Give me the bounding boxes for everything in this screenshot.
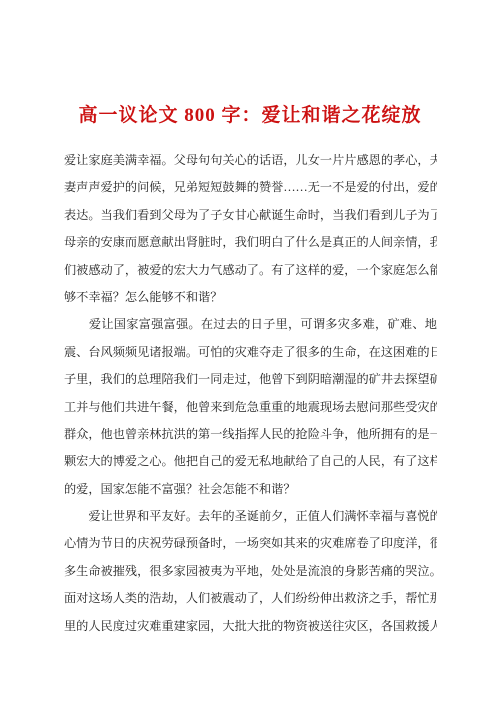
body-line: 面对这场人类的浩劫，人们被震动了，人们纷纷伸出救济之手，帮忙那 (64, 585, 437, 612)
body-line: 爱让家庭美满幸福。父母句句关心的话语，儿女一片片感恩的孝心，夫 (64, 147, 437, 174)
body-line: 心情为节日的庆祝劳碌预备时，一场突如其来的灾难席卷了印度洋，很 (64, 530, 437, 557)
body-line: 够不幸福？怎么能够不和谐？ (64, 284, 437, 311)
body-line: 震、台风频频见诸报端。可怕的灾难夺走了很多的生命，在这困难的日 (64, 339, 437, 366)
document-page: 高一议论文 800 字：爱让和谐之花绽放 爱让家庭美满幸福。父母句句关心的话语，… (0, 0, 500, 707)
body-line: 里的人民度过灾难重建家园，大批大批的物资被送往灾区，各国救援人 (64, 613, 437, 640)
body-line: 群众，他也曾亲林抗洪的第一线指挥人民的抢险斗争，他所拥有的是一 (64, 421, 437, 448)
body-line: 爱让世界和平友好。去年的圣诞前夕，正值人们满怀幸福与喜悦的 (64, 503, 437, 530)
body-line: 表达。当我们看到父母为了子女甘心献诞生命时，当我们看到儿子为了 (64, 202, 437, 229)
body-line: 多生命被摧残，很多家园被夷为平地，处处是流浪的身影苦痛的哭泣。 (64, 558, 437, 585)
body-line: 颗宏大的博爱之心。他把自己的爱无私地献给了自己的人民，有了这样 (64, 448, 437, 475)
body-line: 的爱，国家怎能不富强？社会怎能不和谐？ (64, 476, 437, 503)
body-line: 们被感动了，被爱的宏大力气感动了。有了这样的爱，一个家庭怎么能 (64, 257, 437, 284)
body-line: 妻声声爱护的问候，兄弟短短鼓舞的赞誉……无一不是爱的付出，爱的 (64, 174, 437, 201)
body-line: 母亲的安康而愿意献出肾脏时，我们明白了什么是真正的人间亲情，我 (64, 229, 437, 256)
body-line: 爱让国家富强富强。在过去的日子里，可谓多灾多难，矿难、地 (64, 311, 437, 338)
body-line: 工并与他们共进午餐，他曾来到危急重重的地震现场去慰问那些受灾的 (64, 394, 437, 421)
essay-title: 高一议论文 800 字：爱让和谐之花绽放 (0, 101, 500, 131)
body-line: 子里，我们的总理陪我们一同走过，他曾下到阴暗潮湿的矿井去探望矿 (64, 366, 437, 393)
essay-body: 爱让家庭美满幸福。父母句句关心的话语，儿女一片片感恩的孝心，夫 妻声声爱护的问候… (64, 147, 437, 640)
